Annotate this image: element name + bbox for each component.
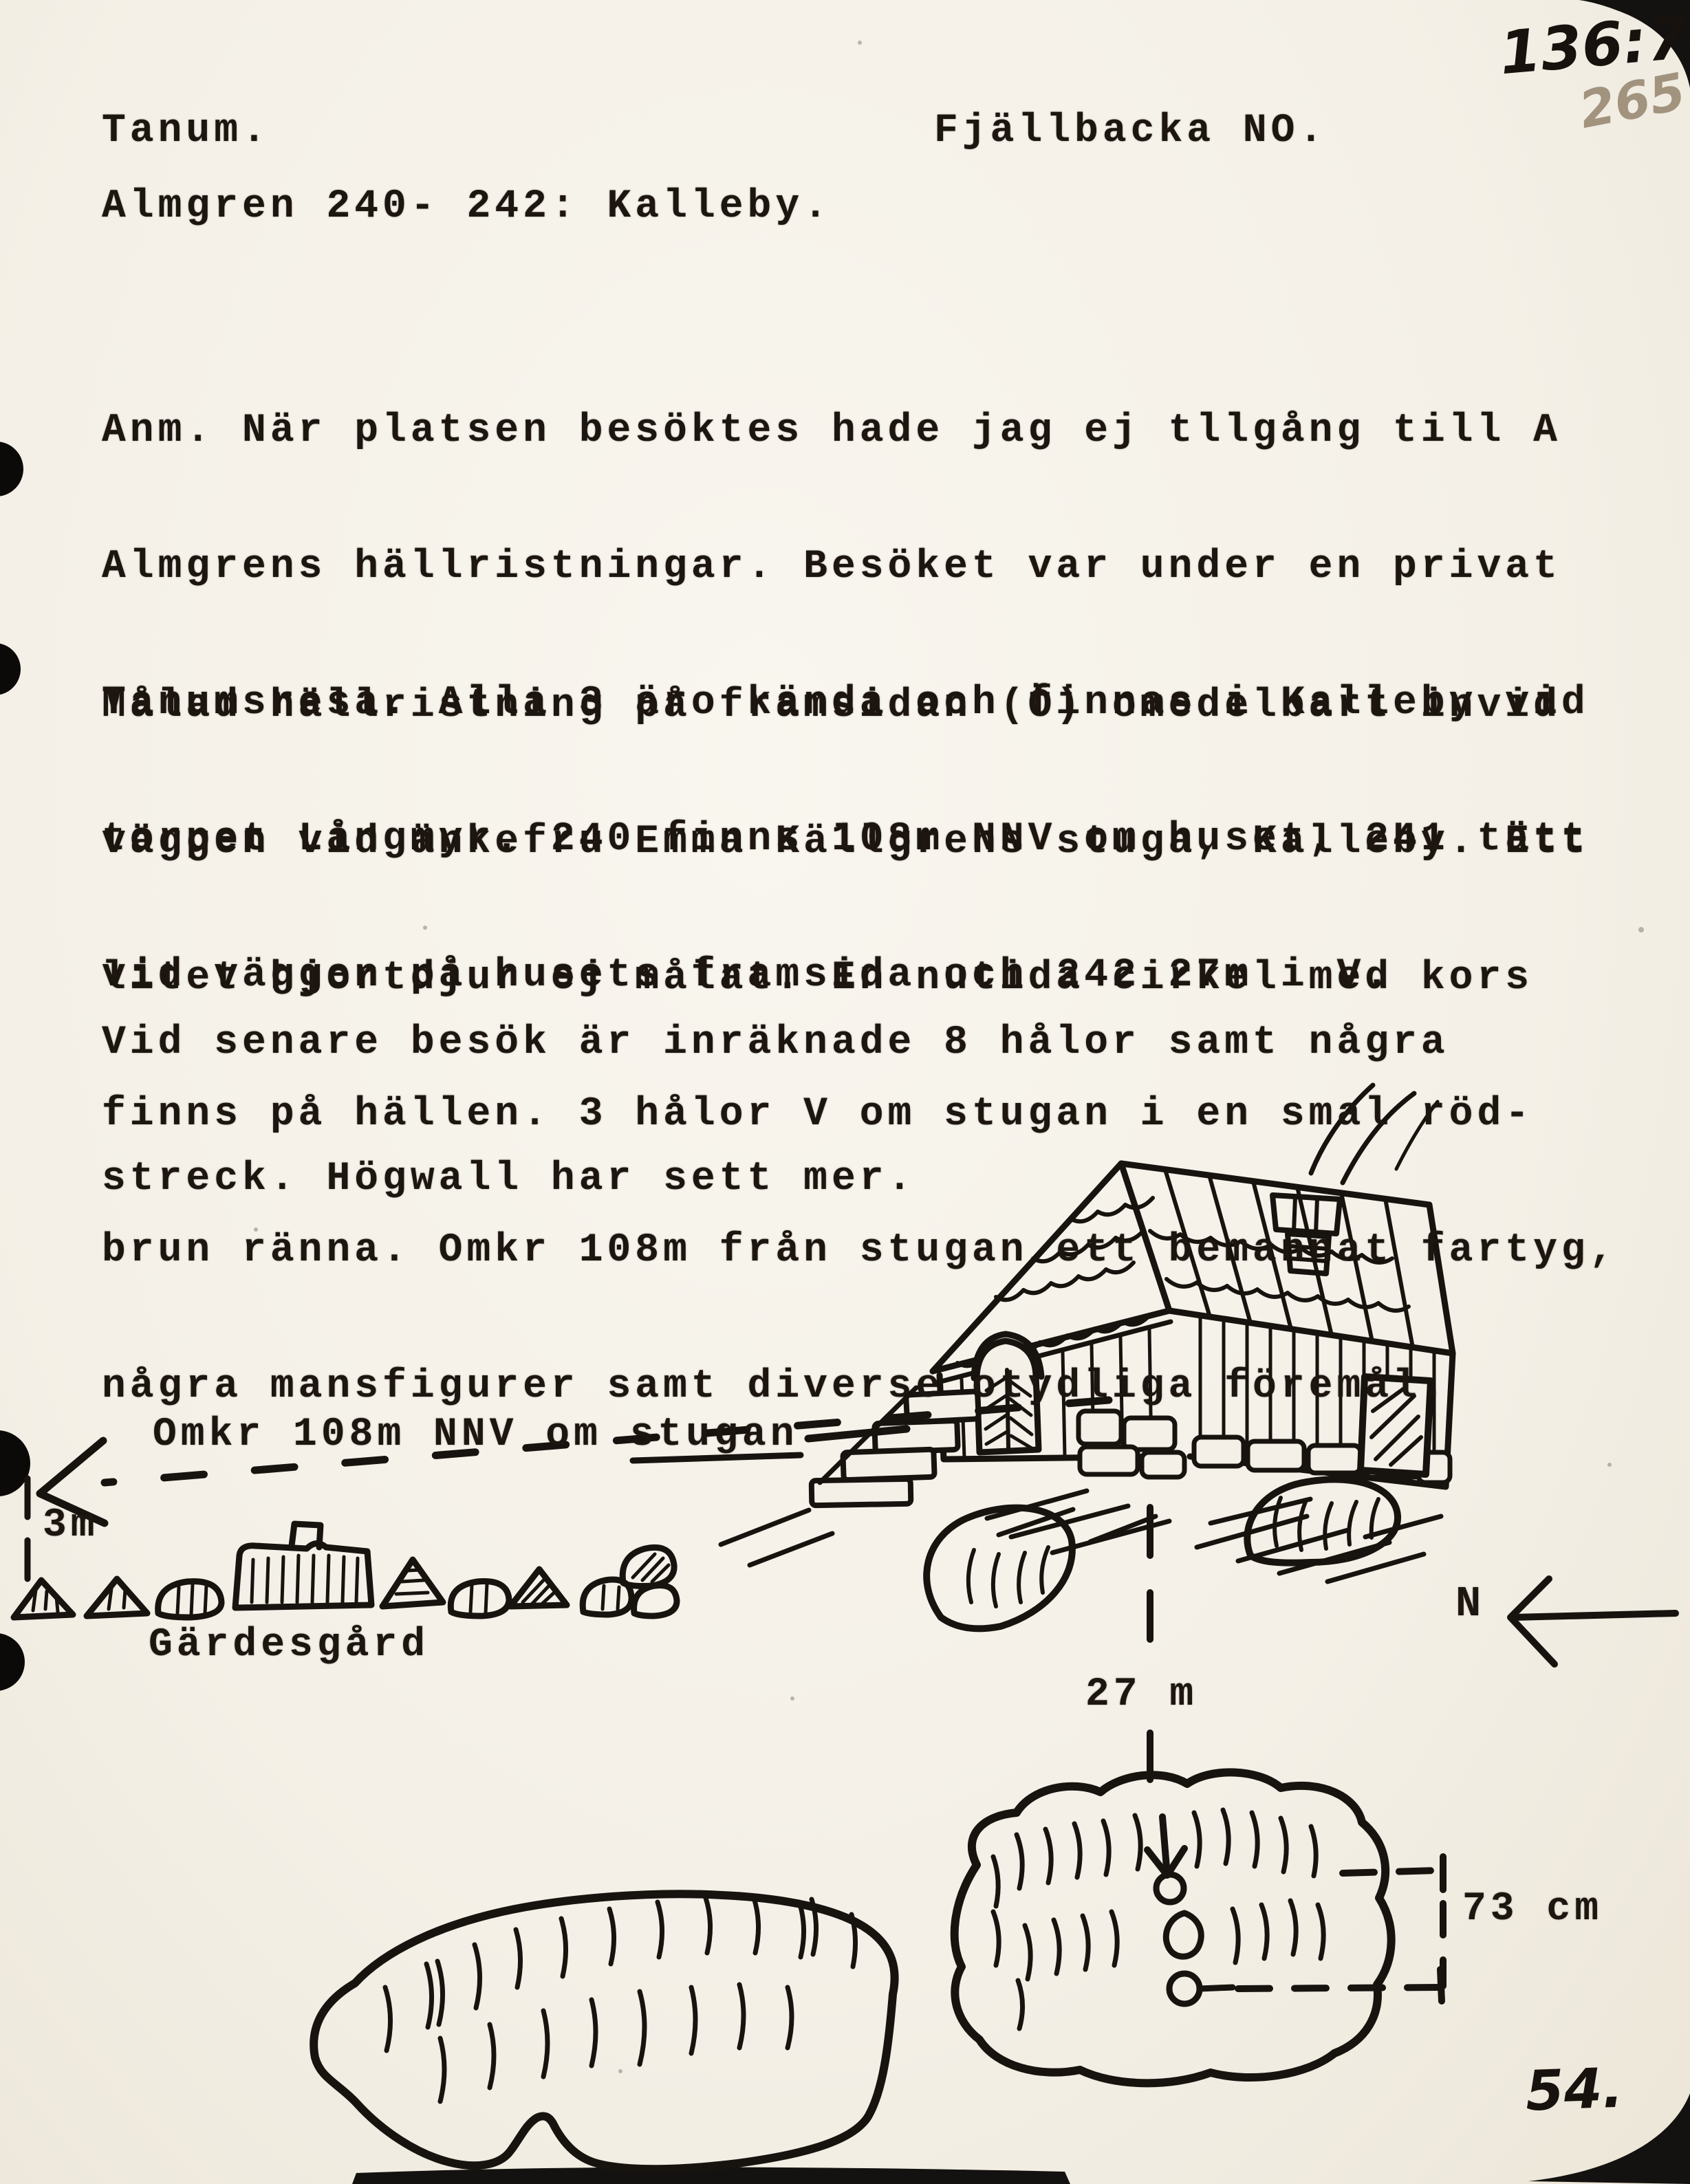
text-line: Vid senare besök är inräknade 8 hålor sa… — [102, 1020, 1449, 1066]
carved-rock — [955, 1772, 1391, 2083]
stone-fence — [14, 1524, 677, 1617]
text-line: streck. Högwall har sett mer. — [102, 1157, 1449, 1202]
page-number: 54. — [1524, 2056, 1624, 2123]
label-27m: 27 m — [1085, 1672, 1198, 1718]
text-line: Målad hällristning på framsidan (Ö) omed… — [102, 684, 1618, 729]
carving-striations — [993, 1810, 1323, 2029]
text-line: Almgrens hällristningar. Besöket var und… — [102, 545, 1590, 590]
label-3m: 3m — [43, 1503, 99, 1549]
bottom-left-rock — [314, 1894, 894, 2169]
label-north: N — [1455, 1582, 1485, 1627]
paragraph-senare: Vid senare besök är inräknade 8 hålor sa… — [102, 930, 1449, 1293]
north-arrow — [1510, 1579, 1676, 1664]
record-title: Almgren 240- 242: Kalleby. — [102, 184, 832, 230]
map-sheet-heading: Fjällbacka NO. — [934, 109, 1327, 154]
text-line: väggen vid änkefru Emma Källgrens stuga,… — [102, 820, 1618, 865]
label-73cm: 73 cm — [1462, 1887, 1603, 1932]
parish-heading: Tanum. — [102, 109, 270, 154]
text-line: några mansfigurer samt diverse otydliga … — [102, 1364, 1618, 1410]
cup-marks — [1156, 1875, 1233, 2004]
label-distance-nnv: Omkr 108m NNV om stugan — [153, 1412, 799, 1458]
scanned-field-note-page: Tanum. Fjällbacka NO. Almgren 240- 242: … — [0, 0, 1690, 2184]
label-gardesgard: Gärdesgård — [149, 1623, 429, 1668]
text-line: Anm. När platsen besöktes hade jag ej tl… — [102, 408, 1590, 454]
